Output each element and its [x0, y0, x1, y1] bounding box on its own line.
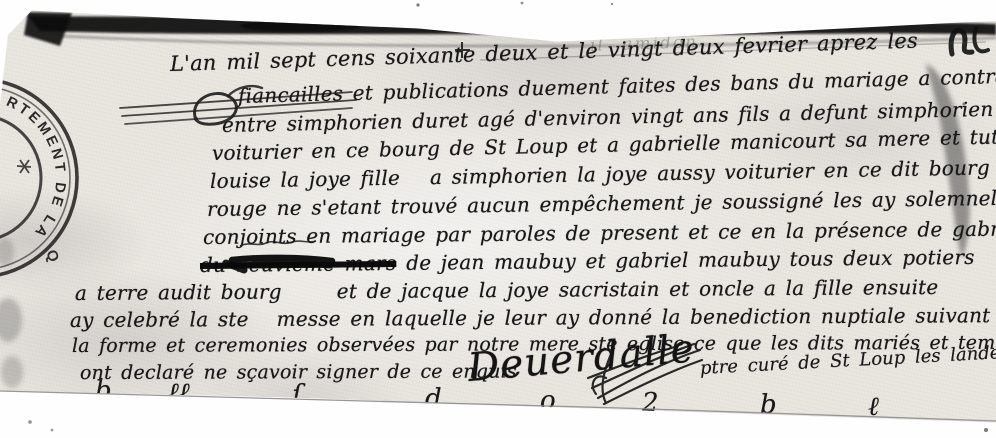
cut-letter-fragment: d [425, 384, 442, 414]
faint-header-line: il amidon [590, 32, 699, 56]
cut-letter-fragment: ℓ [868, 392, 879, 422]
corner-ink-mark [951, 28, 988, 54]
stamp-star-icon [17, 160, 31, 173]
line-segment: a terre audit bourg [75, 280, 282, 305]
line-segment: conjoints en mariage par paroles de pres… [203, 216, 996, 249]
line-segment: et de jacque la joye sacristain et oncle… [337, 275, 939, 303]
archive-stamp: RTEMENT DE LA Q [0, 79, 77, 277]
manuscript-line: du neuvieme marsde jean maubuy et gabrie… [200, 245, 975, 277]
line-segment: messe en laquelle je leur ay donné la be… [277, 303, 991, 331]
manuscript-line: a terre audit bourget de jacque la joye … [75, 275, 939, 305]
cut-letter-fragment: o [540, 386, 556, 416]
cut-letter-fragment: b [95, 376, 112, 406]
line-segment: ay celebré la ste [70, 307, 249, 332]
paper: RTEMENT DE LA Q [0, 0, 996, 438]
manuscript-line: ay celebré la stemesse en laquelle je le… [70, 303, 991, 332]
manuscript-line: conjoints en mariage par paroles de pres… [203, 216, 996, 249]
cut-letter-fragment: ℓℓ [168, 378, 190, 408]
line-segment: de jean maubuy et gabriel maubuy tous de… [406, 245, 975, 275]
stamp-partial-letter: Q [42, 248, 62, 265]
svg-text:RTEMENT DE LA: RTEMENT DE LA [4, 94, 68, 242]
cut-letter-fragment: b [760, 390, 777, 420]
cut-letter-fragment: ſ [292, 380, 302, 410]
stamp-arc-text: RTEMENT DE LA [4, 94, 68, 242]
scanned-document: RTEMENT DE LA Q [0, 0, 996, 438]
struck-text: du neuvieme mars [200, 251, 396, 277]
line-segment: louise la joye fille [210, 166, 400, 193]
cut-letter-fragment: 2 [642, 388, 659, 418]
edge-smudges [0, 238, 32, 438]
